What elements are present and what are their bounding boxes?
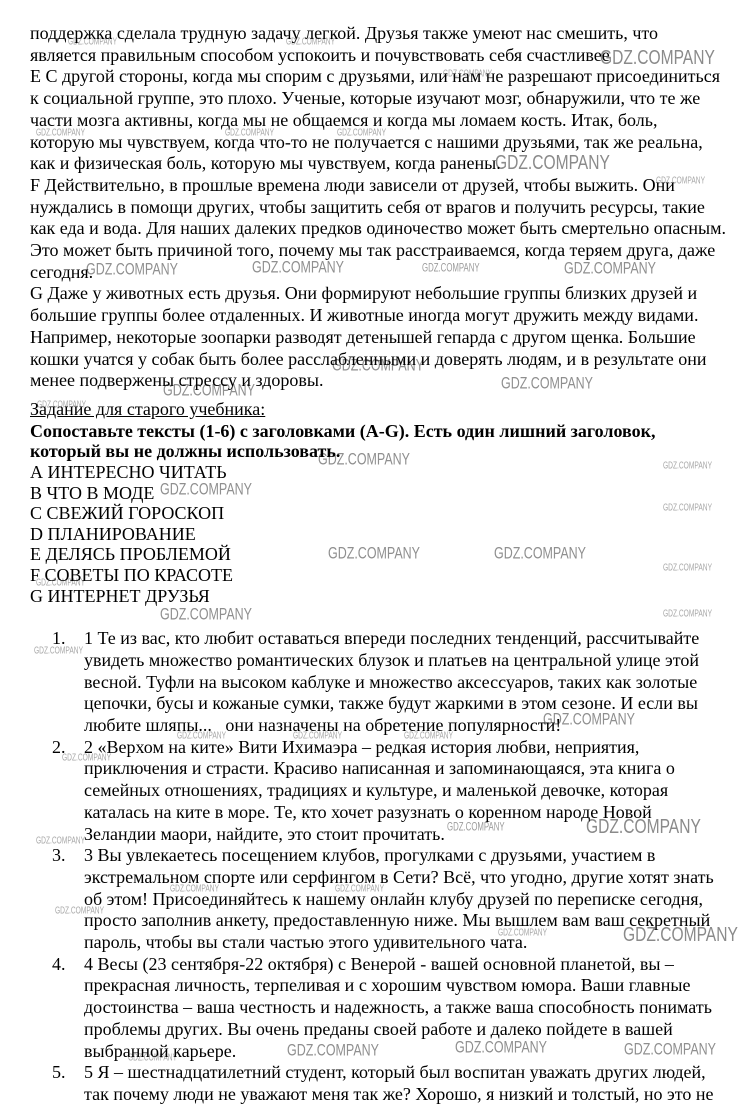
paragraph-intro-continuation: поддержка сделала трудную задачу легкой.… [30,23,746,66]
heading-option-g: G ИНТЕРНЕТ ДРУЗЬЯ [30,586,746,607]
list-item: 3. 3 Вы увлекаетесь посещением клубов, п… [30,845,746,954]
list-item: 5. 5 Я – шестнадцатилетний студент, кото… [30,1062,746,1105]
heading-option-e: Е ДЕЛЯСЬ ПРОБЛЕМОЙ [30,544,746,565]
heading-option-a: А ИНТЕРЕСНО ЧИТАТЬ [30,462,746,483]
list-item-marker: 4. [52,954,66,976]
list-item: 1. 1 Те из вас, кто любит оставаться впе… [30,628,746,737]
list-item-marker: 5. [52,1062,66,1084]
list-item-text: 3 Вы увлекаетесь посещением клубов, прог… [84,845,714,952]
list-item-text: 4 Весы (23 сентября-22 октября) с Венеро… [84,954,712,1061]
heading-option-b: В ЧТО В МОДЕ [30,483,746,504]
paragraph-heading-f: F Действительно, в прошлые времена люди … [30,175,746,284]
list-item-text: 5 Я – шестнадцатилетний студент, который… [84,1062,713,1104]
document-page: { "page": { "background_color": "#ffffff… [0,0,750,1115]
list-item-marker: 2. [52,737,66,759]
list-item-marker: 3. [52,845,66,867]
heading-option-c: С СВЕЖИЙ ГОРОСКОП [30,503,746,524]
paragraph-heading-g: G Даже у животных есть друзья. Они форми… [30,283,746,392]
task-instruction: Сопоставьте тексты (1-6) с заголовками (… [30,421,746,462]
heading-option-f: F СОВЕТЫ ПО КРАСОТЕ [30,565,746,586]
numbered-text-list: 1. 1 Те из вас, кто любит оставаться впе… [30,628,746,1105]
paragraph-heading-e: Е С другой стороны, когда мы спорим с др… [30,66,746,175]
task-section-header: Задание для старого учебника: [30,399,746,421]
heading-option-d: D ПЛАНИРОВАНИЕ [30,524,746,545]
headings-list: А ИНТЕРЕСНО ЧИТАТЬ В ЧТО В МОДЕ С СВЕЖИЙ… [30,462,746,606]
list-item: 2. 2 «Верхом на ките» Вити Ихимаэра – ре… [30,737,746,846]
list-item: 4. 4 Весы (23 сентября-22 октября) с Вен… [30,954,746,1063]
list-item-marker: 1. [52,628,66,650]
text-column: поддержка сделала трудную задачу легкой.… [30,23,746,1106]
list-item-text: 2 «Верхом на ките» Вити Ихимаэра – редка… [84,737,675,844]
list-item-text: 1 Те из вас, кто любит оставаться вперед… [84,628,699,735]
